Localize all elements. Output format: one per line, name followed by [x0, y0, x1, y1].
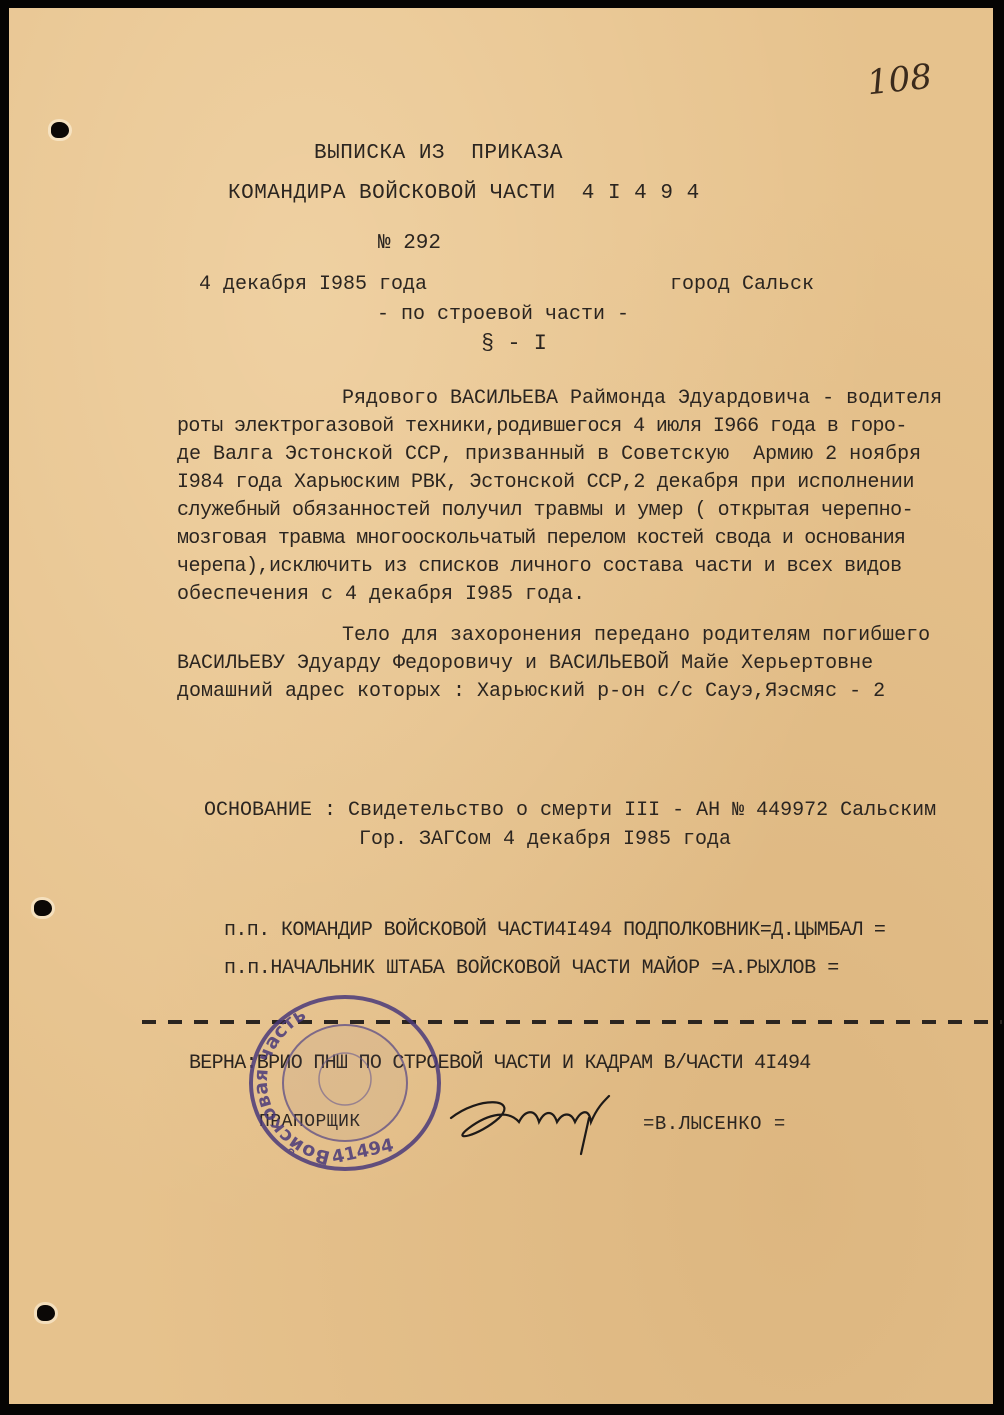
document-page: 108 ВЫПИСКА ИЗ ПРИКАЗА КОМАНДИРА ВОЙСКОВ…	[9, 8, 993, 1404]
punch-hole-top	[51, 122, 69, 138]
body-line: мозговая травма многооскольчатый перелом…	[177, 528, 905, 550]
basis-line2: Гор. ЗАГСом 4 декабря I985 года	[359, 829, 731, 851]
order-city: город Сальск	[670, 274, 814, 296]
certifier-name: =В.ЛЫСЕНКО =	[643, 1113, 786, 1135]
body-line: де Валга Эстонской ССР, призванный в Сов…	[177, 444, 921, 466]
signatory-commander: п.п. КОМАНДИР ВОЙСКОВОЙ ЧАСТИ4I494 ПОДПО…	[224, 920, 885, 942]
stamp-ring-text: Войсковая часть	[250, 1003, 332, 1168]
order-date: 4 декабря I985 года	[199, 274, 427, 296]
basis-line1: ОСНОВАНИЕ : Свидетельство о смерти III -…	[204, 800, 936, 822]
burial-line: домашний адрес которых : Харьюский р-он …	[177, 681, 885, 703]
body-line: черепа),исключить из списков личного сос…	[177, 556, 902, 578]
document-title-line1: ВЫПИСКА ИЗ ПРИКАЗА	[314, 143, 563, 165]
burial-line: ВАСИЛЬЕВУ Эдуарду Федоровичу и ВАСИЛЬЕВО…	[177, 653, 873, 675]
signatory-chief-of-staff: п.п.НАЧАЛЬНИК ШТАБА ВОЙСКОВОЙ ЧАСТИ МАЙО…	[224, 958, 839, 980]
body-line: служебный обязанностей получил травмы и …	[177, 500, 913, 522]
section-heading: - по строевой части -	[377, 304, 629, 326]
document-title-line2: КОМАНДИРА ВОЙСКОВОЙ ЧАСТИ 4 I 4 9 4	[228, 183, 700, 205]
body-line: Рядового ВАСИЛЬЕВА Раймонда Эдуардовича …	[342, 388, 942, 410]
punch-hole-middle	[34, 900, 52, 916]
order-number: № 292	[378, 233, 441, 255]
certifier-rank: ПРАПОРЩИК	[259, 1111, 361, 1133]
punch-hole-bottom	[37, 1305, 55, 1321]
body-line: обеспечения с 4 декабря I985 года.	[177, 584, 585, 606]
body-line: роты электрогазовой техники,родившегося …	[177, 416, 907, 438]
divider-dashed-line	[142, 1020, 1002, 1024]
burial-line: Тело для захоронения передано родителям …	[342, 625, 930, 647]
page-number-handwritten: 108	[865, 57, 934, 104]
certification-line: ВЕРНА:ВРИО ПНШ ПО СТРОЕВОЙ ЧАСТИ И КАДРА…	[189, 1053, 811, 1075]
svg-text:Войсковая часть: Войсковая часть	[250, 1003, 332, 1168]
paragraph-mark: § - I	[481, 333, 547, 355]
body-line: I984 года Харьюским РВК, Эстонской ССР,2…	[177, 472, 914, 494]
signature-scribble	[439, 1088, 629, 1158]
stamp-number: 41494	[330, 1135, 396, 1169]
